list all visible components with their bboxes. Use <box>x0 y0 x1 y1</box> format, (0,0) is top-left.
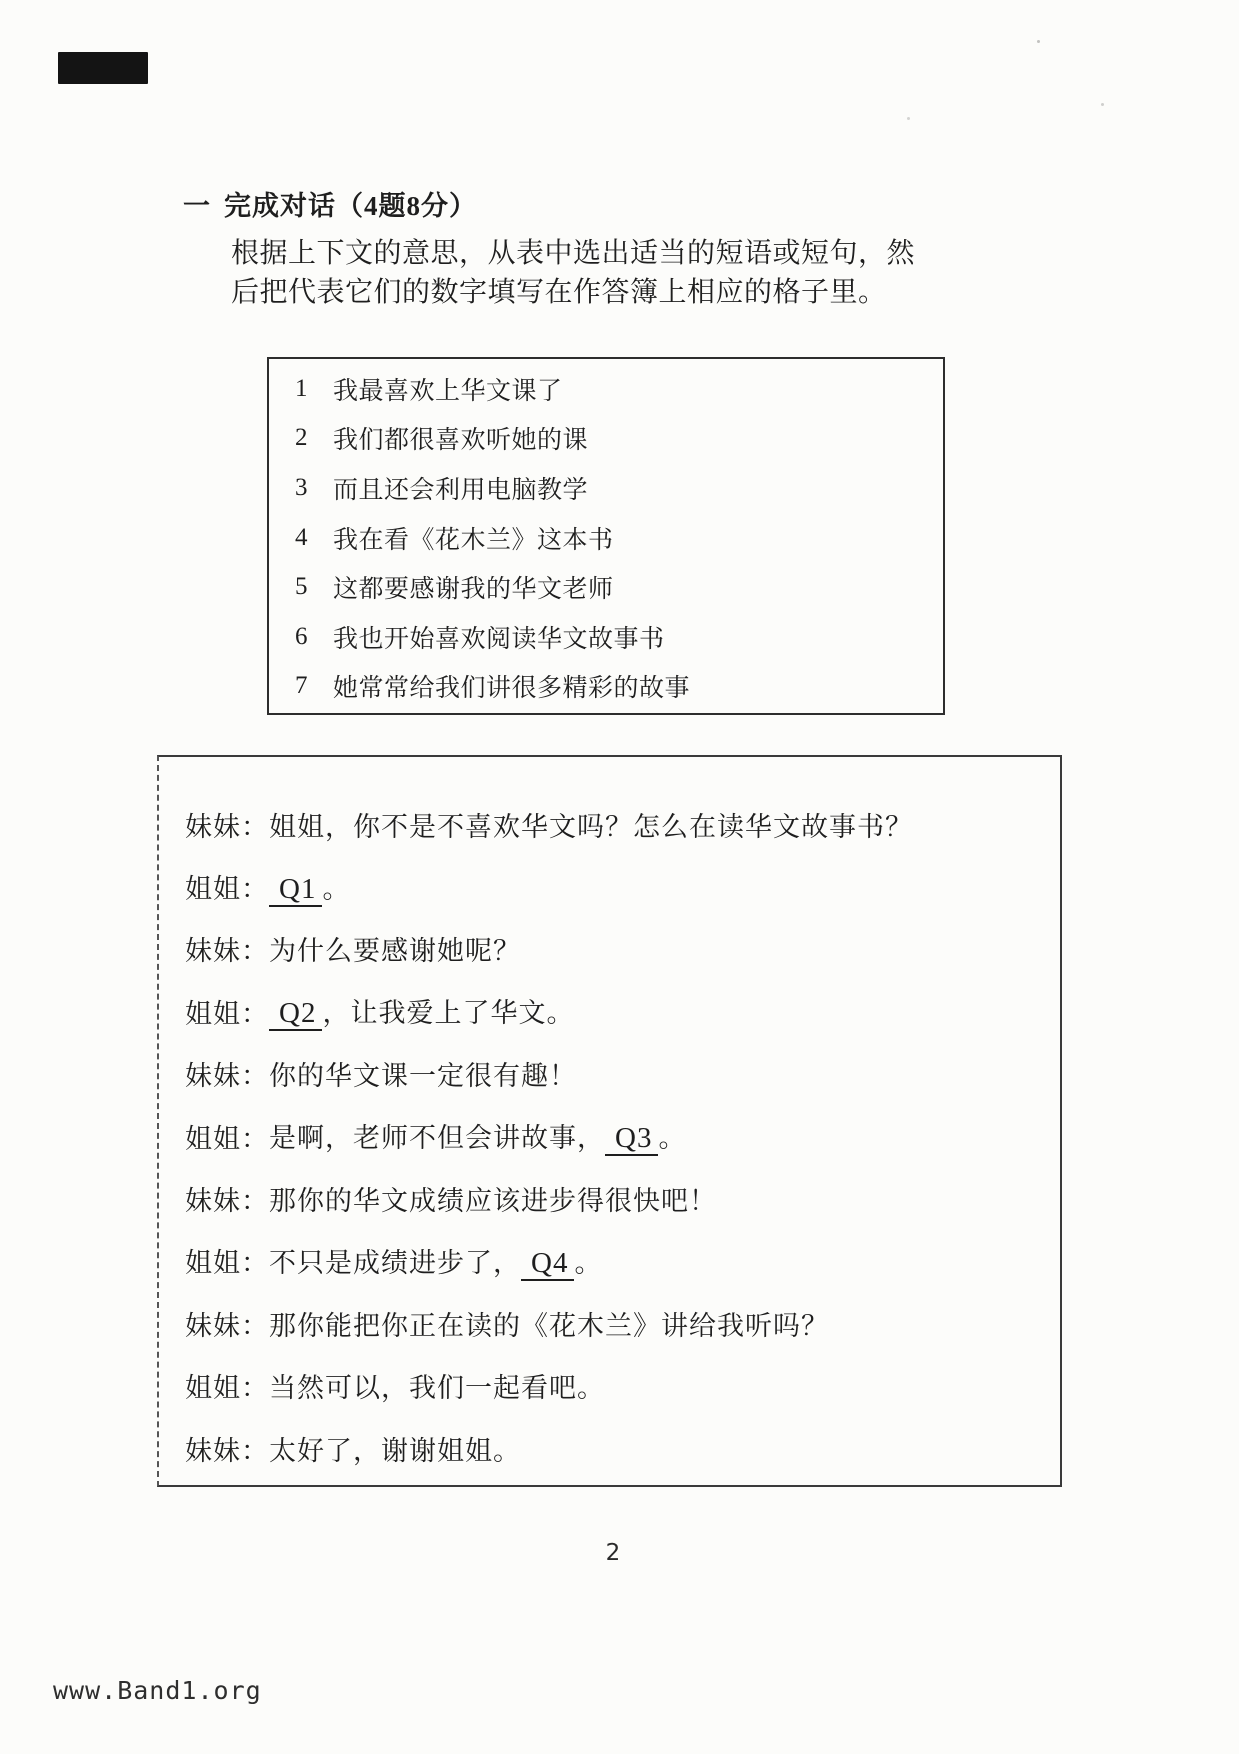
dialogue-text: 是啊，老师不但会讲故事，Q3。 <box>269 1116 686 1156</box>
speaker-label: 姐姐： <box>185 1241 269 1280</box>
speaker-label: 妹妹： <box>185 1179 269 1218</box>
dialogue-box: 妹妹：姐姐，你不是不喜欢华文吗？怎么在读华文故事书？姐姐：Q1。妹妹：为什么要感… <box>157 755 1062 1487</box>
dialogue-line: 姐姐：Q2，让我爱上了华文。 <box>159 980 1060 1042</box>
dialogue-text: 不只是成绩进步了，Q4。 <box>269 1241 602 1281</box>
option-text: 她常常给我们讲很多精彩的故事 <box>333 668 690 704</box>
dialogue-line: 姐姐：当然可以，我们一起看吧。 <box>159 1355 1060 1417</box>
section-title: 完成对话（4题8分） <box>224 191 477 221</box>
instructions-line-2: 后把代表它们的数字填写在作答簿上相应的格子里。 <box>231 273 915 312</box>
dialogue-line: 姐姐：是啊，老师不但会讲故事，Q3。 <box>159 1105 1060 1167</box>
dialogue-text: 为什么要感谢她呢？ <box>269 929 521 968</box>
scan-speckle <box>907 117 910 120</box>
answer-blank-q4: Q4 <box>521 1248 574 1281</box>
option-number: 2 <box>295 424 333 452</box>
dialogue-line: 妹妹：那你能把你正在读的《花木兰》讲给我听吗？ <box>159 1292 1060 1354</box>
scan-speckle <box>1037 40 1040 43</box>
dialogue-line: 妹妹：为什么要感谢她呢？ <box>159 918 1060 980</box>
option-row: 3而且还会利用电脑教学 <box>269 463 943 513</box>
speaker-label: 姐姐： <box>185 1117 269 1156</box>
option-row: 4我在看《花木兰》这本书 <box>269 513 943 563</box>
option-row: 5这都要感谢我的华文老师 <box>269 562 943 612</box>
instructions: 根据上下文的意思，从表中选出适当的短语或短句，然 后把代表它们的数字填写在作答簿… <box>231 234 915 312</box>
speaker-label: 妹妹： <box>185 805 269 844</box>
speaker-label: 姐姐： <box>185 992 269 1031</box>
option-row: 7她常常给我们讲很多精彩的故事 <box>269 662 943 712</box>
answer-blank-q2: Q2 <box>269 998 322 1031</box>
option-number: 4 <box>295 524 333 552</box>
speaker-label: 妹妹： <box>185 1304 269 1343</box>
instructions-line-1: 根据上下文的意思，从表中选出适当的短语或短句，然 <box>231 234 915 273</box>
option-text: 而且还会利用电脑教学 <box>333 470 588 506</box>
page-number: 2 <box>598 1540 628 1566</box>
speaker-label: 姐姐： <box>185 867 269 906</box>
dialogue-line: 姐姐：Q1。 <box>159 855 1060 917</box>
dialogue-line: 姐姐：不只是成绩进步了，Q4。 <box>159 1230 1060 1292</box>
option-text: 这都要感谢我的华文老师 <box>333 569 614 605</box>
dialogue-text: 那你能把你正在读的《花木兰》讲给我听吗？ <box>269 1304 829 1343</box>
option-number: 3 <box>295 474 333 502</box>
scanned-exam-page: 一完成对话（4题8分） 根据上下文的意思，从表中选出适当的短语或短句，然 后把代… <box>0 0 1239 1754</box>
scan-speckle <box>1101 103 1104 106</box>
option-number: 6 <box>295 623 333 651</box>
watermark: www.Band1.org <box>53 1676 262 1705</box>
option-row: 1我最喜欢上华文课了 <box>269 364 943 414</box>
dialogue-text: 那你的华文成绩应该进步得很快吧！ <box>269 1179 717 1218</box>
option-row: 2我们都很喜欢听她的课 <box>269 414 943 464</box>
section-heading: 一完成对话（4题8分） <box>183 184 477 223</box>
speaker-label: 妹妹： <box>185 929 269 968</box>
option-text: 我也开始喜欢阅读华文故事书 <box>333 619 665 655</box>
dialogue-line: 妹妹：太好了，谢谢姐姐。 <box>159 1417 1060 1479</box>
dialogue-line: 妹妹：你的华文课一定很有趣！ <box>159 1043 1060 1105</box>
section-number: 一 <box>183 191 211 221</box>
redaction-block <box>58 52 148 84</box>
dialogue-text: 你的华文课一定很有趣！ <box>269 1054 577 1093</box>
option-text: 我最喜欢上华文课了 <box>333 371 563 407</box>
option-number: 1 <box>295 375 333 403</box>
option-text: 我们都很喜欢听她的课 <box>333 420 588 456</box>
dialogue-text: Q1。 <box>269 867 350 907</box>
dialogue-text: 太好了，谢谢姐姐。 <box>269 1429 521 1468</box>
speaker-label: 妹妹： <box>185 1054 269 1093</box>
dialogue-text: Q2，让我爱上了华文。 <box>269 991 574 1031</box>
option-text: 我在看《花木兰》这本书 <box>333 520 614 556</box>
option-row: 6我也开始喜欢阅读华文故事书 <box>269 612 943 662</box>
answer-blank-q3: Q3 <box>605 1123 658 1156</box>
dialogue-text: 姐姐，你不是不喜欢华文吗？怎么在读华文故事书？ <box>269 805 913 844</box>
option-number: 5 <box>295 573 333 601</box>
option-number: 7 <box>295 672 333 700</box>
dialogue-line: 妹妹：姐姐，你不是不喜欢华文吗？怎么在读华文故事书？ <box>159 793 1060 855</box>
speaker-label: 妹妹： <box>185 1429 269 1468</box>
speaker-label: 姐姐： <box>185 1366 269 1405</box>
dialogue-text: 当然可以，我们一起看吧。 <box>269 1366 605 1405</box>
dialogue-line: 妹妹：那你的华文成绩应该进步得很快吧！ <box>159 1167 1060 1229</box>
answer-blank-q1: Q1 <box>269 874 322 907</box>
options-table: 1我最喜欢上华文课了2我们都很喜欢听她的课3而且还会利用电脑教学4我在看《花木兰… <box>267 357 945 715</box>
